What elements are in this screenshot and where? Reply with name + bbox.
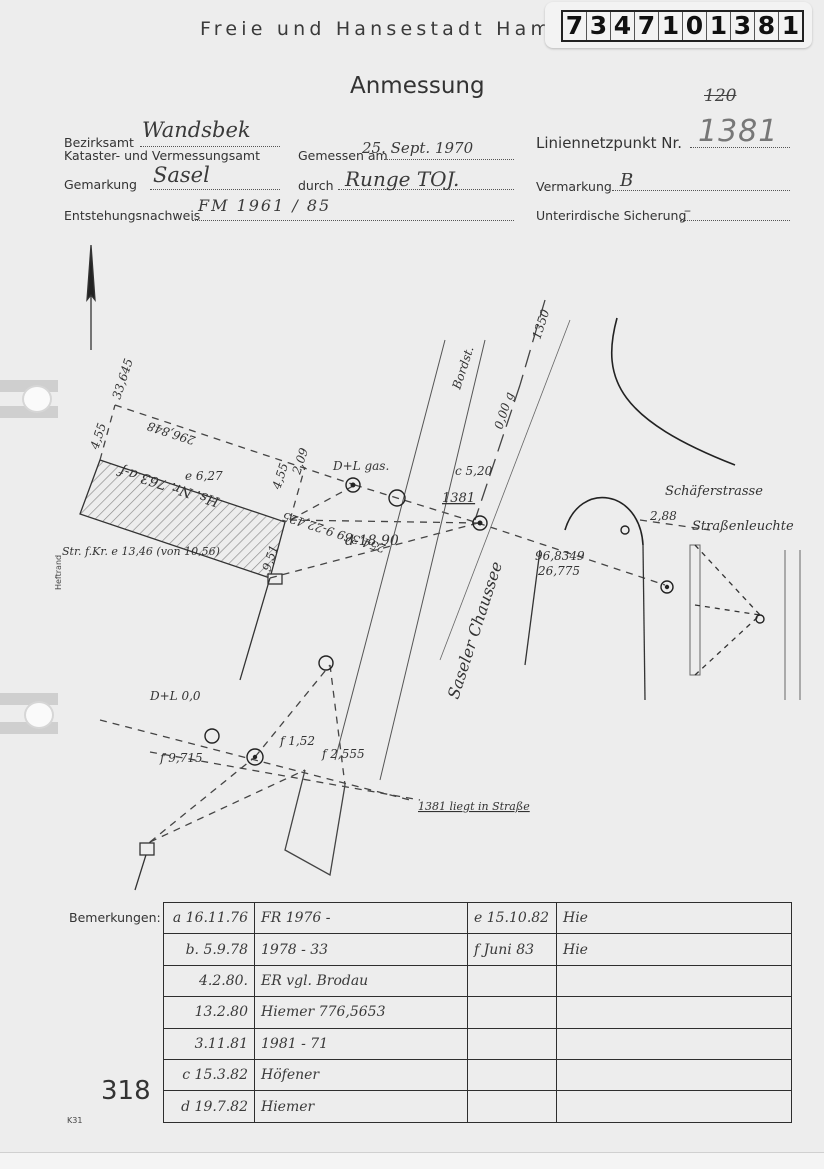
remark-text: Hiemer — [255, 1091, 468, 1122]
remarks-row: a 16.11.76FR 1976 -e 15.10.82Hie — [164, 903, 792, 934]
sketch-note: D+L 0,0 — [149, 689, 201, 703]
remark-date-2 — [468, 965, 557, 996]
north-arrow-icon — [87, 245, 95, 350]
remark-text: 1981 - 71 — [255, 1028, 468, 1059]
remark-text-2: Hie — [557, 903, 792, 934]
remark-text: FR 1976 - — [255, 903, 468, 934]
sketch-note: Saseler Chaussee — [444, 559, 506, 701]
remark-date: a 16.11.76 — [164, 903, 255, 934]
sketch-note: 26,775 — [537, 564, 580, 578]
remark-text-2 — [557, 1028, 792, 1059]
remark-date-2 — [468, 1059, 557, 1090]
sketch-note: 2,88 — [649, 509, 677, 523]
sketch-note: 33,645 — [110, 357, 136, 401]
remark-date: d 19.7.82 — [164, 1091, 255, 1122]
sketch-note: Str. f.Kr. e 13,46 (von 10,56) — [62, 545, 220, 558]
remarks-row: 4.2.80.ER vgl. Brodau — [164, 965, 792, 996]
sketch-note: 1350 — [530, 307, 553, 341]
remark-date-2: f Juni 83 — [468, 934, 557, 965]
sketch-note: 96,8349 — [535, 549, 585, 563]
remarks-label: Bemerkungen: — [69, 910, 161, 925]
sketch-note: Straßenleuchte — [692, 519, 794, 534]
sketch-note: 296,848 — [145, 419, 198, 448]
remarks-table: a 16.11.76FR 1976 -e 15.10.82Hieb. 5.9.7… — [163, 902, 792, 1123]
sketch-note: 0,00 g — [492, 390, 517, 431]
remark-text-2 — [557, 1059, 792, 1090]
remark-text: ER vgl. Brodau — [255, 965, 468, 996]
sketch-note: c 5,20 — [455, 464, 493, 478]
remark-text: Hiemer 776,5653 — [255, 997, 468, 1028]
survey-sketch: 4,55 33,645 296,848 e 6,27 Hs. Nr. 763 a… — [0, 0, 824, 900]
remark-text: 1978 - 33 — [255, 934, 468, 965]
remark-date: 3.11.81 — [164, 1028, 255, 1059]
survey-sheet: Freie und Hansestadt Ham 7347101381 Anme… — [0, 0, 824, 1152]
remark-date: 13.2.80 — [164, 997, 255, 1028]
remark-text-2: Hie — [557, 934, 792, 965]
remarks-row: 13.2.80Hiemer 776,5653 — [164, 997, 792, 1028]
sketch-note: f 9,715 — [159, 751, 203, 765]
remark-text-2 — [557, 997, 792, 1028]
sketch-note: f 2,555 — [321, 747, 365, 761]
sketch-note: 4,55 — [87, 421, 109, 452]
remark-date-2 — [468, 997, 557, 1028]
remark-text-2 — [557, 965, 792, 996]
sketch-note: 2,09 — [289, 446, 311, 477]
sketch-note: D+L gas. — [332, 459, 389, 473]
sketch-note: Bordst. — [449, 345, 476, 392]
remark-date: b. 5.9.78 — [164, 934, 255, 965]
sketch-note: 4,55 — [269, 461, 291, 492]
sketch-note: 1381 liegt in Straße — [418, 800, 530, 813]
remarks-row: b. 5.9.781978 - 33f Juni 83Hie — [164, 934, 792, 965]
building-outline — [80, 460, 285, 578]
remarks-row: c 15.3.82Höfener — [164, 1059, 792, 1090]
sketch-note: 1381 — [442, 491, 475, 506]
scan-edge — [0, 1152, 824, 1169]
remark-date-2: e 15.10.82 — [468, 903, 557, 934]
sketch-note: e 6,27 — [185, 469, 223, 483]
sheet-number: 318 — [101, 1076, 151, 1106]
remark-date: c 15.3.82 — [164, 1059, 255, 1090]
remark-text-2 — [557, 1091, 792, 1122]
remark-date: 4.2.80. — [164, 965, 255, 996]
sketch-note: Schäferstrasse — [665, 484, 763, 499]
remark-text: Höfener — [255, 1059, 468, 1090]
remark-date-2 — [468, 1091, 557, 1122]
form-code: K31 — [67, 1116, 82, 1125]
remark-date-2 — [468, 1028, 557, 1059]
remarks-row: 3.11.811981 - 71 — [164, 1028, 792, 1059]
sketch-note: f 1,52 — [279, 734, 315, 748]
remarks-row: d 19.7.82Hiemer — [164, 1091, 792, 1122]
